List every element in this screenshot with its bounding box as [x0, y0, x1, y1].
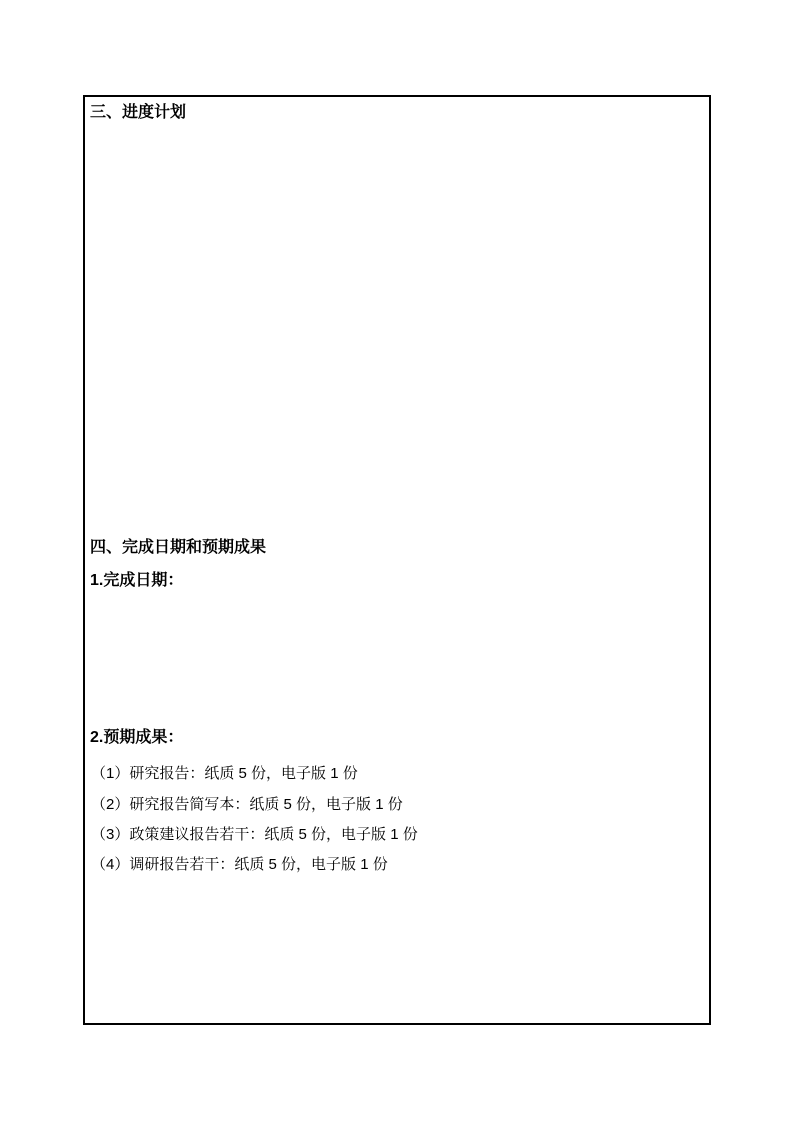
expected-results-label: 2.预期成果：	[90, 727, 183, 749]
expected-result-item-1: （1）研究报告：纸质 5 份，电子版 1 份	[91, 763, 358, 785]
expected-result-item-2: （2）研究报告简写本：纸质 5 份，电子版 1 份	[91, 794, 403, 816]
form-table: 三、进度计划 四、完成日期和预期成果 1.完成日期： 2.预期成果： （1）研究…	[83, 95, 711, 1025]
document-page: 三、进度计划 四、完成日期和预期成果 1.完成日期： 2.预期成果： （1）研究…	[0, 0, 793, 1122]
section4-heading: 四、完成日期和预期成果	[90, 537, 266, 559]
completion-date-label: 1.完成日期：	[90, 570, 183, 592]
expected-result-item-4: （4）调研报告若干：纸质 5 份，电子版 1 份	[91, 854, 388, 876]
expected-result-item-3: （3）政策建议报告若干：纸质 5 份，电子版 1 份	[91, 824, 418, 846]
section3-heading: 三、进度计划	[90, 102, 186, 124]
